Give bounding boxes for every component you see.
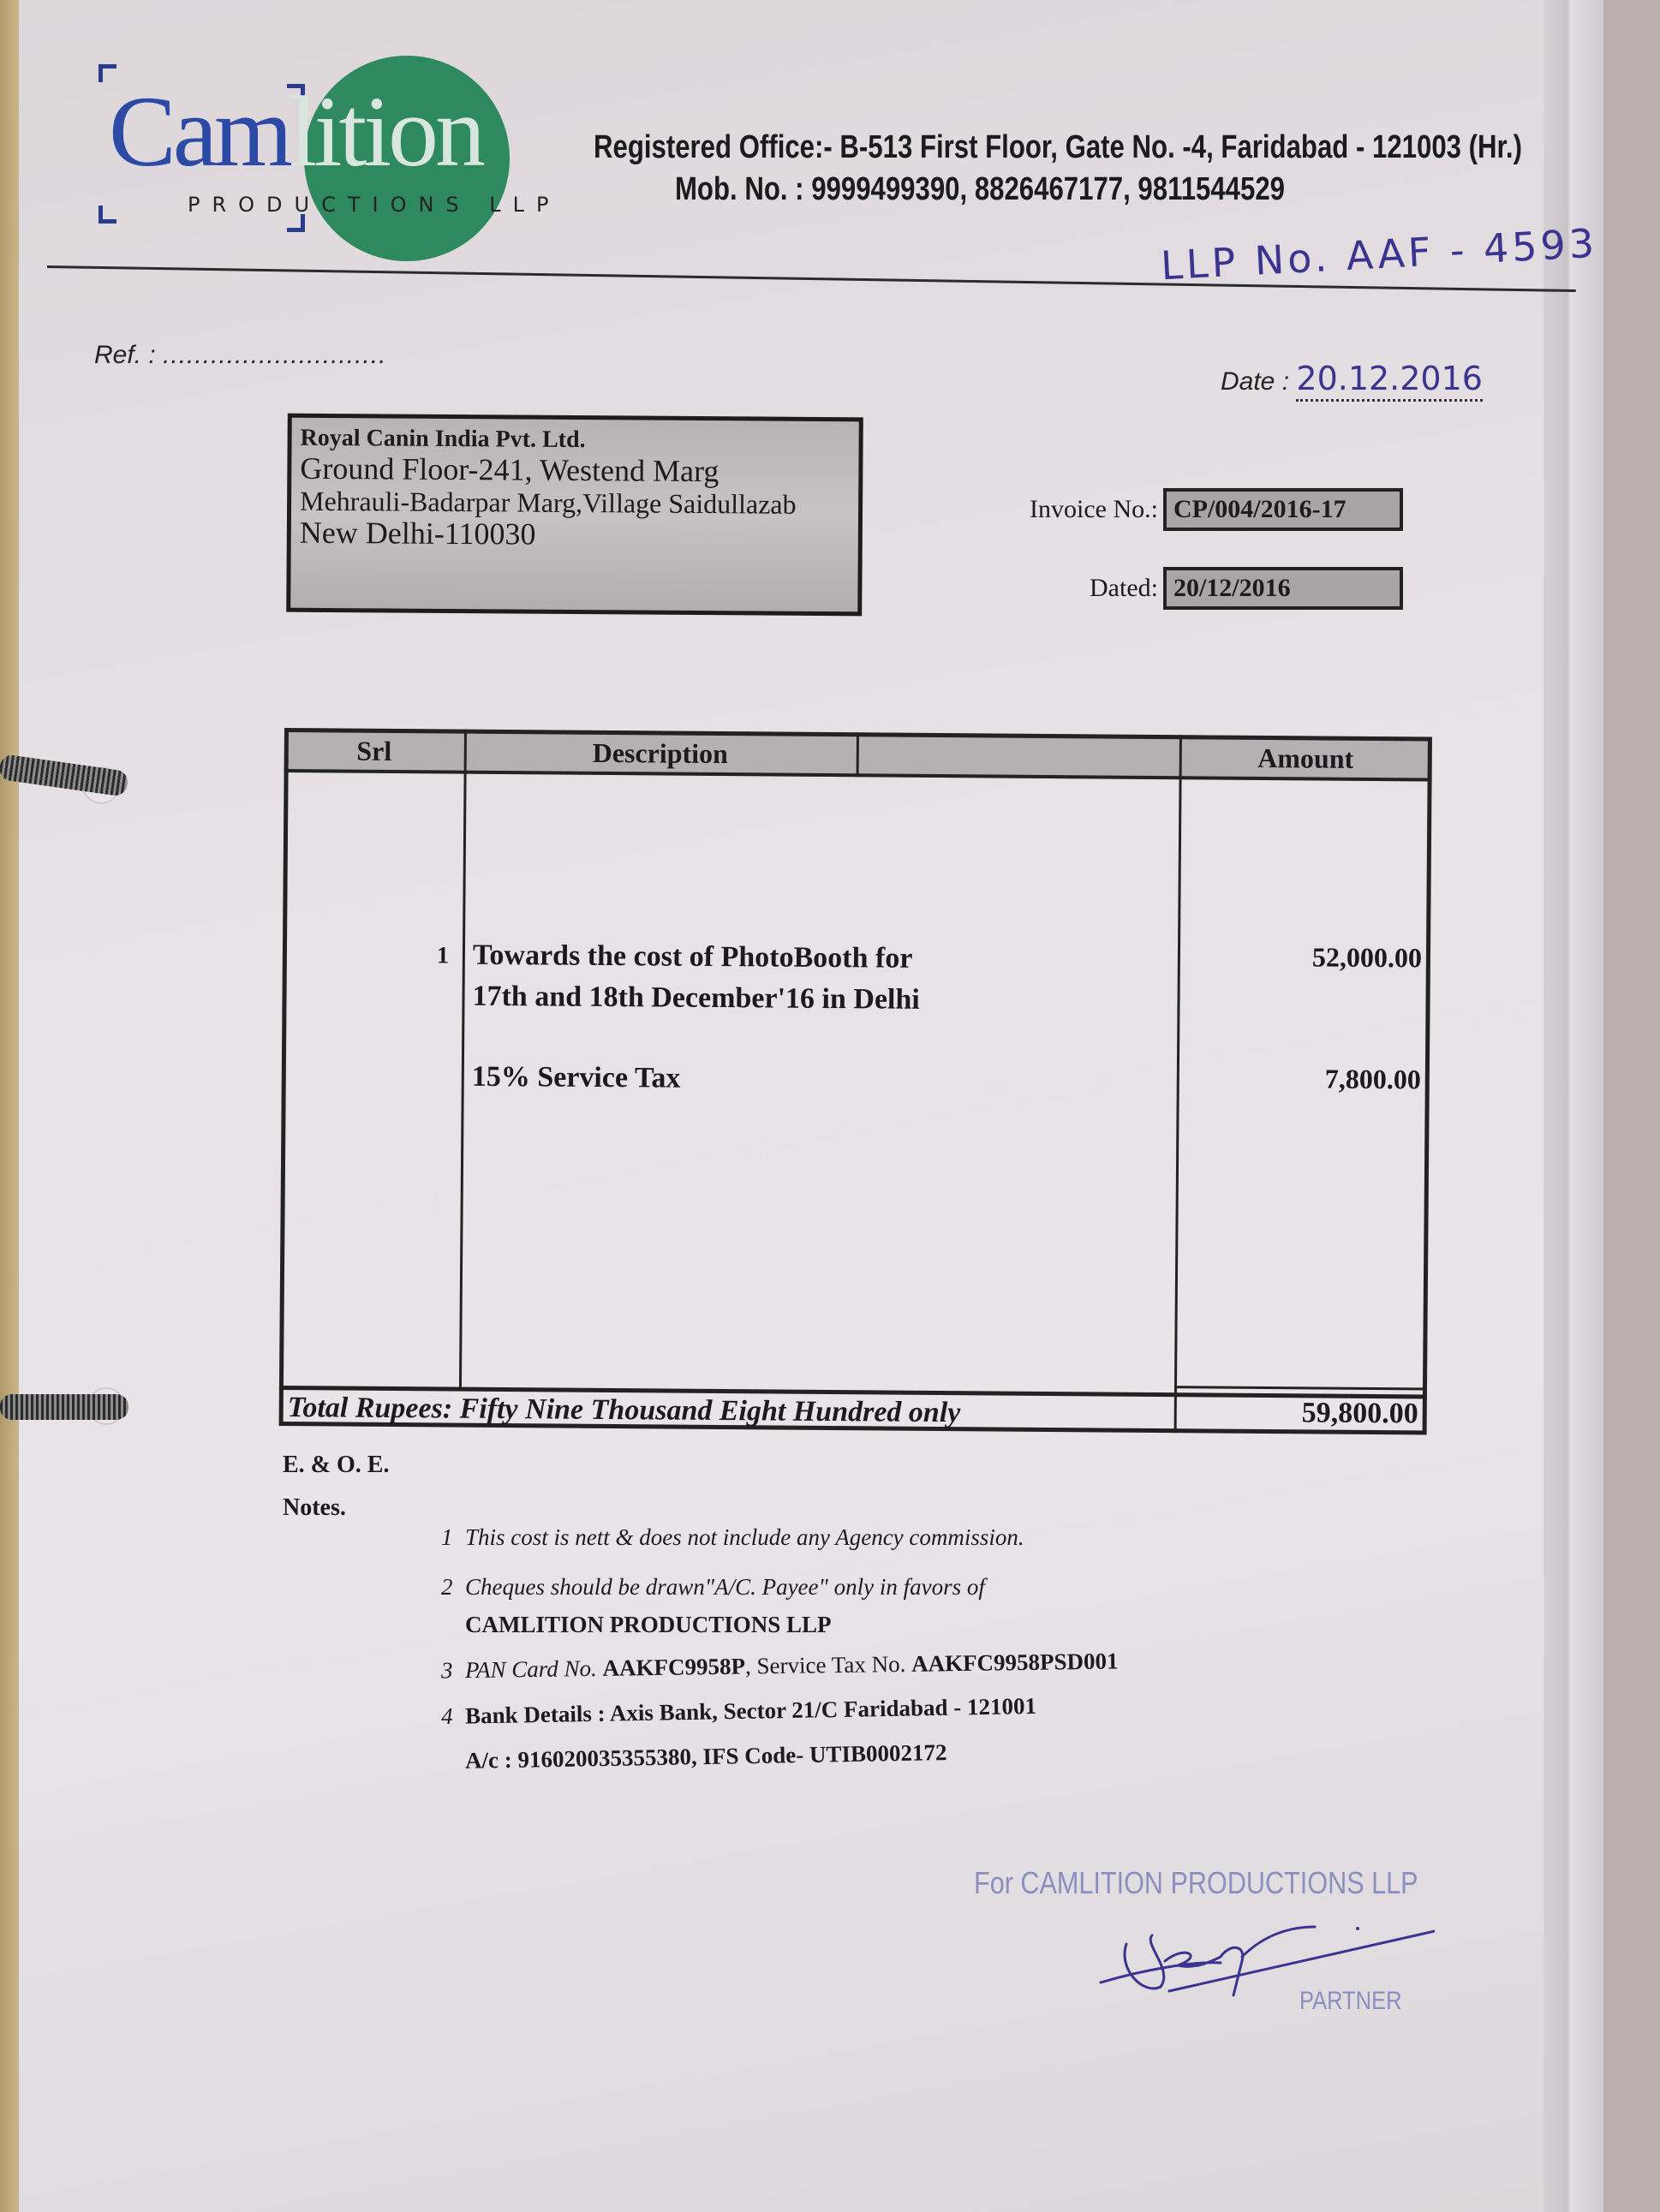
note-number: 2 — [441, 1574, 465, 1601]
row-description: Towards the cost of PhotoBooth for — [473, 935, 921, 980]
note-item: 2Cheques should be drawn"A/C. Payee" onl… — [441, 1574, 985, 1601]
note-item: 1This cost is nett & does not include an… — [441, 1524, 1024, 1551]
company-logo: Camlition PRODUCTIONS LLP — [99, 56, 561, 270]
notes-heading: Notes. — [283, 1494, 346, 1522]
invoice-number-label: Invoice No.: — [1030, 495, 1158, 524]
table-row: Towards the cost of PhotoBooth for 17th … — [472, 935, 920, 1020]
date-handwritten-value: 20.12.2016 — [1296, 360, 1483, 402]
invoice-number-row: Invoice No.: CP/004/2016-17 — [1030, 488, 1403, 531]
ref-field: Ref. : ............................ — [94, 341, 386, 370]
header-amount: Amount — [1179, 742, 1432, 775]
row-description: 17th and 18th December'16 in Delhi — [472, 975, 920, 1020]
logo-wordmark: Camlition — [109, 81, 482, 182]
invoice-table: Srl Description Amount 1 Towards the cos… — [279, 728, 1441, 1440]
service-tax-label: , Service Tax No. — [745, 1651, 906, 1679]
invoice-date-label: Dated: — [1090, 574, 1158, 603]
column-divider — [857, 732, 859, 777]
client-address-line: Mehrauli-Badarpar Marg,Village Saidullaz… — [300, 486, 850, 520]
ref-value: ............................ — [163, 341, 386, 369]
client-address-box: Royal Canin India Pvt. Ltd. Ground Floor… — [286, 414, 863, 617]
note-text: Cheques should be drawn"A/C. Payee" only… — [465, 1574, 985, 1600]
logo-frame-corner — [287, 214, 305, 232]
note-number: 1 — [441, 1524, 465, 1551]
service-tax-number: AAKFC9958PSD001 — [911, 1648, 1119, 1676]
invoice-number-value: CP/004/2016-17 — [1163, 488, 1403, 531]
logo-wordmark-blue: Cam — [109, 75, 290, 188]
registered-office: Registered Office:- B-513 First Floor, G… — [594, 127, 1366, 169]
note-number: 4 — [441, 1703, 466, 1730]
header-description: Description — [464, 736, 857, 772]
client-address-line: Ground Floor-241, Westend Marg — [300, 452, 850, 490]
date-field: Date : 20.12.2016 — [1221, 360, 1483, 397]
row-amount: 52,000.00 — [1312, 941, 1422, 974]
binder-spring — [0, 1394, 128, 1420]
table-row: 15% Service Tax — [472, 1057, 681, 1100]
underlying-pages-edge — [1544, 0, 1603, 2212]
company-stamp: For CAMLITION PRODUCTIONS LLP — [974, 1865, 1418, 1901]
row-srl: 1 — [437, 939, 449, 972]
note-text: This cost is nett & does not include any… — [465, 1524, 1024, 1550]
table-border — [279, 728, 1432, 1434]
date-label: Date : — [1221, 367, 1289, 396]
note-number: 3 — [441, 1657, 465, 1684]
mobile-numbers: Mob. No. : 9999499390, 8826467177, 98115… — [594, 169, 1366, 211]
invoice-date-value: 20/12/2016 — [1163, 567, 1403, 610]
ref-label: Ref. : — [94, 341, 156, 369]
row-amount: 7,800.00 — [1325, 1064, 1421, 1096]
invoice-date-row: Dated: 20/12/2016 — [1090, 567, 1403, 610]
company-contact: Registered Office:- B-513 First Floor, G… — [594, 127, 1366, 212]
row-description: 15% Service Tax — [472, 1057, 681, 1100]
logo-frame-corner — [99, 206, 116, 224]
eoe-text: E. & O. E. — [283, 1452, 389, 1479]
header-srl: Srl — [284, 735, 464, 768]
client-address-line: New Delhi-110030 — [300, 516, 850, 554]
pan-label: PAN Card No. — [465, 1655, 597, 1683]
signatory-title: PARTNER — [1299, 1987, 1402, 2016]
logo-wordmark-light: lition — [290, 75, 482, 188]
logo-subtitle: PRODUCTIONS LLP — [188, 193, 561, 217]
pan-number: AAKFC9958P — [602, 1654, 745, 1681]
total-in-words: Total Rupees: Fifty Nine Thousand Eight … — [288, 1392, 961, 1429]
note-payee-name: CAMLITION PRODUCTIONS LLP — [465, 1612, 832, 1638]
total-amount: 59,800.00 — [1302, 1397, 1418, 1430]
